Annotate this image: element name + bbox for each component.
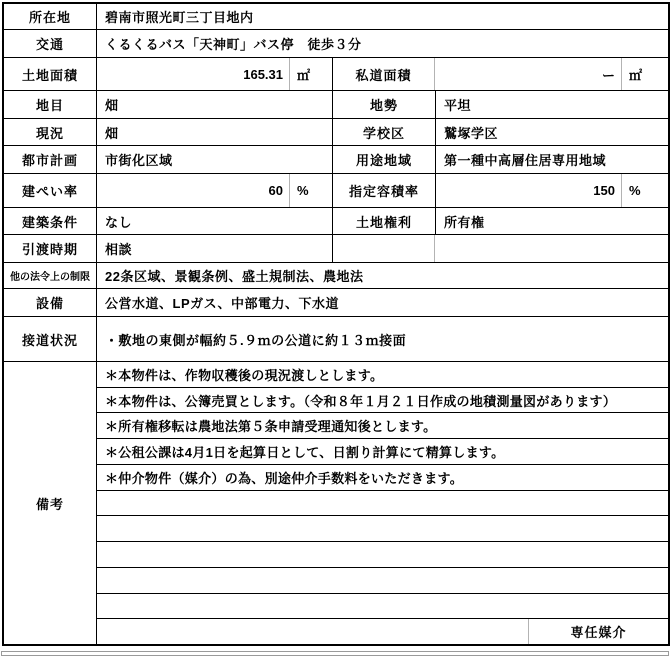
private-road-area-unit: ㎡ (622, 58, 668, 90)
row-city-planning: 都市計画 市街化区域 用途地域 第一種中高層住居専用地域 (4, 146, 668, 174)
remarks-line: ＊仲介物件（媒介）の為、別途仲介手数料をいただきます。 (97, 465, 668, 491)
remarks-empty-line (97, 542, 668, 568)
topography-label: 地勢 (333, 91, 435, 118)
row-location: 所在地 碧南市照光町三丁目地内 (4, 4, 668, 30)
transport-value: くるくるバス「天神町」バス停 徒歩３分 (97, 30, 668, 57)
land-category-value: 畑 (97, 91, 333, 118)
land-area-unit: ㎡ (290, 58, 333, 90)
agreement-type: 専任媒介 (528, 619, 668, 644)
coverage-ratio-value: 60 (97, 174, 290, 207)
location-value: 碧南市照光町三丁目地内 (97, 4, 668, 29)
private-road-area-value: ー (435, 58, 622, 90)
remarks-label: 備考 (4, 362, 97, 644)
floor-area-ratio-value: 150 (435, 174, 622, 207)
legal-restrictions-label: 他の法令上の制限 (4, 263, 97, 288)
building-conditions-value: なし (97, 208, 333, 234)
land-rights-value: 所有権 (435, 208, 668, 234)
row-legal-restrictions: 他の法令上の制限 22条区域、景観条例、盛土規制法、農地法 (4, 263, 668, 289)
row-ratios: 建ぺい率 60 % 指定容積率 150 % (4, 174, 668, 208)
school-district-label: 学校区 (333, 119, 435, 145)
row-category: 地目 畑 地勢 平坦 (4, 91, 668, 119)
topography-value: 平坦 (435, 91, 668, 118)
current-state-value: 畑 (97, 119, 333, 145)
zoning-label: 用途地域 (333, 146, 435, 173)
facilities-label: 設備 (4, 289, 97, 316)
private-road-area-label: 私道面積 (333, 58, 435, 90)
facilities-value: 公営水道、LPガス、中部電力、下水道 (97, 289, 668, 316)
remarks-empty-line (97, 568, 668, 594)
land-area-label: 土地面積 (4, 58, 97, 90)
remarks-body: ＊本物件は、作物収穫後の現況渡しとします。 ＊本物件は、公簿売買とします。（令和… (97, 362, 668, 644)
zoning-value: 第一種中高層住居専用地域 (435, 146, 668, 173)
current-state-label: 現況 (4, 119, 97, 145)
floor-area-ratio-label: 指定容積率 (333, 174, 435, 207)
coverage-ratio-label: 建ぺい率 (4, 174, 97, 207)
land-area-value: 165.31 (97, 58, 290, 90)
land-category-label: 地目 (4, 91, 97, 118)
remarks-agreement-row: 専任媒介 (97, 619, 668, 644)
remarks-empty-line (97, 491, 668, 517)
row-facilities: 設備 公営水道、LPガス、中部電力、下水道 (4, 289, 668, 317)
city-planning-value: 市街化区域 (97, 146, 333, 173)
legal-restrictions-value: 22条区域、景観条例、盛土規制法、農地法 (97, 263, 668, 288)
row-conditions: 建築条件 なし 土地権利 所有権 (4, 208, 668, 235)
delivery-time-label: 引渡時期 (4, 235, 97, 262)
coverage-ratio-unit: % (290, 174, 333, 207)
floor-area-ratio-unit: % (622, 174, 668, 207)
row-road-access: 接道状況 ・敷地の東側が幅約５.９ｍの公道に約１３ｍ接面 (4, 317, 668, 362)
row-current-state: 現況 畑 学校区 鷲塚学区 (4, 119, 668, 146)
road-access-value: ・敷地の東側が幅約５.９ｍの公道に約１３ｍ接面 (97, 317, 668, 361)
school-district-value: 鷲塚学区 (435, 119, 668, 145)
remarks-line: ＊公租公課は4月1日を起算日として、日割り計算にて精算します。 (97, 439, 668, 465)
remarks-agreement-spacer (97, 619, 528, 644)
road-access-label: 接道状況 (4, 317, 97, 361)
remarks-line: ＊所有権移転は農地法第５条申請受理通知後とします。 (97, 413, 668, 439)
delivery-empty-label (333, 235, 435, 262)
row-remarks: 備考 ＊本物件は、作物収穫後の現況渡しとします。 ＊本物件は、公簿売買とします。… (4, 362, 668, 644)
delivery-time-value: 相談 (97, 235, 333, 262)
remarks-line: ＊本物件は、公簿売買とします。（令和８年１月２１日作成の地積測量図があります） (97, 388, 668, 414)
transport-label: 交通 (4, 30, 97, 57)
row-area: 土地面積 165.31 ㎡ 私道面積 ー ㎡ (4, 58, 668, 91)
delivery-empty-value (435, 235, 668, 262)
location-label: 所在地 (4, 4, 97, 29)
remarks-empty-line (97, 516, 668, 542)
building-conditions-label: 建築条件 (4, 208, 97, 234)
remarks-line: ＊本物件は、作物収穫後の現況渡しとします。 (97, 362, 668, 388)
property-detail-table: 所在地 碧南市照光町三丁目地内 交通 くるくるバス「天神町」バス停 徒歩３分 土… (2, 2, 670, 646)
bottom-edge-strip (1, 651, 669, 656)
row-delivery: 引渡時期 相談 (4, 235, 668, 263)
land-rights-label: 土地権利 (333, 208, 435, 234)
city-planning-label: 都市計画 (4, 146, 97, 173)
remarks-empty-line (97, 594, 668, 620)
row-transport: 交通 くるくるバス「天神町」バス停 徒歩３分 (4, 30, 668, 58)
